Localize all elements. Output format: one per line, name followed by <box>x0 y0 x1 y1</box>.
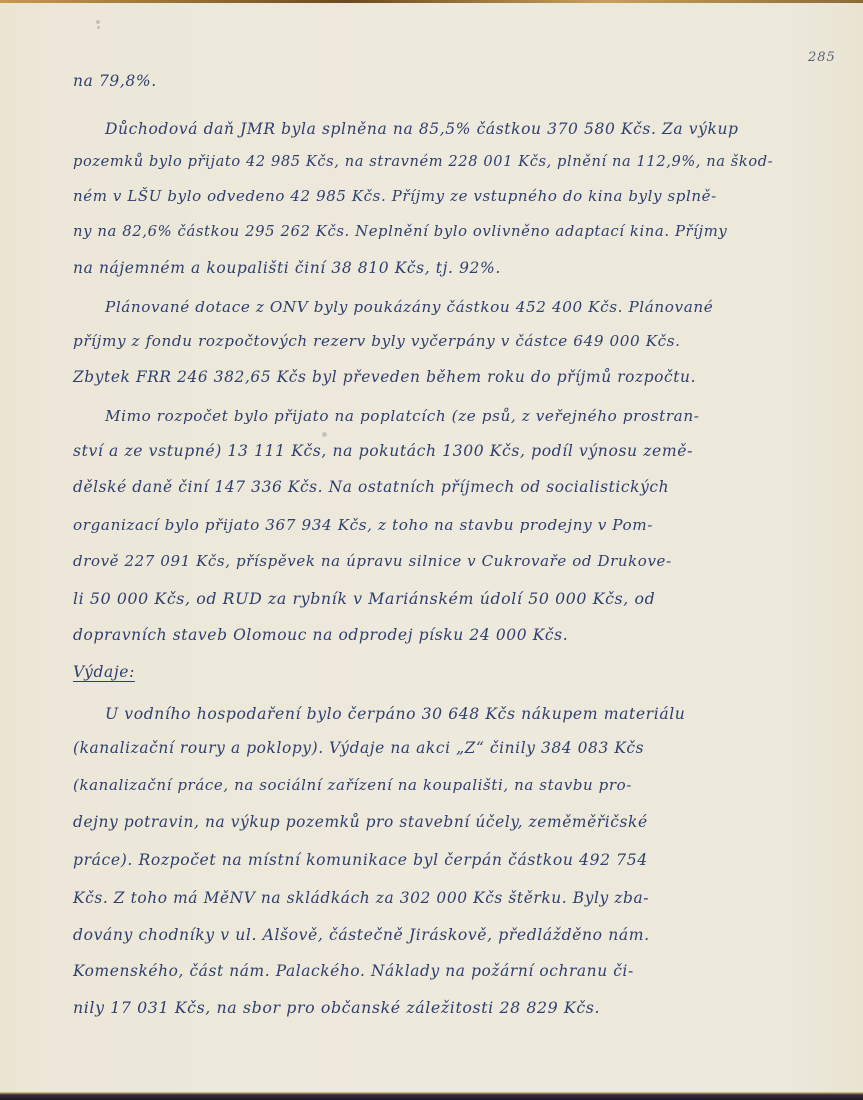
text-line: Důchodová daň JMR byla splněna na 85,5% … <box>105 119 739 139</box>
text-line: na nájemném a koupališti činí 38 810 Kčs… <box>73 258 501 278</box>
text-line: Mimo rozpočet bylo přijato na poplatcích… <box>105 406 699 426</box>
text-line: ství a ze vstupné) 13 111 Kčs, na pokutá… <box>73 441 693 461</box>
document-page: 285 na 79,8%. Důchodová daň JMR byla spl… <box>0 0 863 1100</box>
ink-smudge <box>97 26 100 29</box>
paper-spot <box>322 432 327 437</box>
text-line: ném v LŠU bylo odvedeno 42 985 Kčs. Příj… <box>73 186 717 206</box>
text-line: organizací bylo přijato 367 934 Kčs, z t… <box>73 515 653 535</box>
text-line: li 50 000 Kčs, od RUD za rybník v Marián… <box>73 589 655 609</box>
text-line: Komenského, část nám. Palackého. Náklady… <box>73 961 634 981</box>
ink-smudge <box>96 20 100 24</box>
text-line: příjmy z fondu rozpočtových rezerv byly … <box>73 331 681 351</box>
text-line: (kanalizační roury a poklopy). Výdaje na… <box>73 738 644 758</box>
text-line: ny na 82,6% částkou 295 262 Kčs. Neplněn… <box>73 222 727 242</box>
text-line: U vodního hospodaření bylo čerpáno 30 64… <box>105 704 685 724</box>
page-top-edge <box>0 0 863 3</box>
text-line: dopravních staveb Olomouc na odprodej pí… <box>73 625 568 645</box>
text-line: práce). Rozpočet na místní komunikace by… <box>73 850 648 870</box>
text-line: drově 227 091 Kčs, příspěvek na úpravu s… <box>73 551 672 571</box>
text-line: Kčs. Z toho má MěNV na skládkách za 302 … <box>73 888 649 908</box>
text-line: dejny potravin, na výkup pozemků pro sta… <box>73 812 648 832</box>
text-line: (kanalizační práce, na sociální zařízení… <box>73 775 632 795</box>
text-line: na 79,8%. <box>73 71 157 91</box>
text-line: pozemků bylo přijato 42 985 Kčs, na stra… <box>73 152 773 172</box>
page-number: 285 <box>808 50 836 65</box>
section-heading-expenses: Výdaje: <box>73 662 135 682</box>
text-line: dovány chodníky v ul. Alšově, částečně J… <box>73 925 650 945</box>
page-bottom-edge <box>0 1092 863 1100</box>
text-line: Plánované dotace z ONV byly poukázány čá… <box>105 297 713 317</box>
text-line: Zbytek FRR 246 382,65 Kčs byl převeden b… <box>73 367 696 387</box>
text-line: dělské daně činí 147 336 Kčs. Na ostatní… <box>73 477 669 497</box>
text-line: nily 17 031 Kčs, na sbor pro občanské zá… <box>73 998 600 1018</box>
